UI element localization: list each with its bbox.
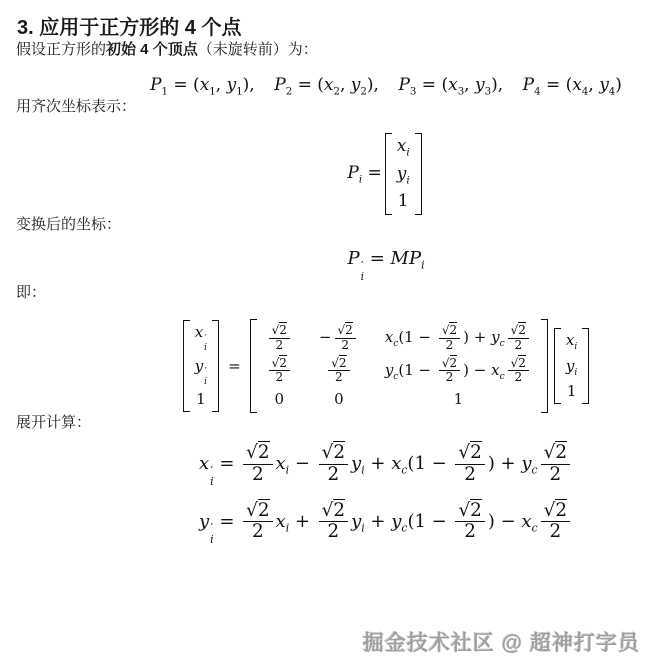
matrix-cell: √22 <box>266 357 293 385</box>
expanded-x-formula: x′i = √22xi − √22yi + xc(1 − √22) + yc√2… <box>0 443 645 487</box>
rotation-matrix: √22 −√22 xc(1 − √22) + yc√22 √22 √22 yc(… <box>250 319 548 413</box>
right-bracket <box>541 319 548 413</box>
matrix-cell: yc(1 − √22) − xc√22 <box>385 357 532 385</box>
vector-entry: xi <box>566 331 577 353</box>
left-bracket <box>183 320 190 412</box>
expanded-x-expression: x′i = √22xi − √22yi + xc(1 − √22) + yc√2… <box>199 453 573 474</box>
watermark: 掘金技术社区 @ 超神打字员 <box>363 627 640 657</box>
right-bracket <box>212 320 219 412</box>
transform-expression: P′i = MPi <box>347 248 424 269</box>
right-bracket <box>415 133 422 215</box>
intro-text-post: （未旋转前）为： <box>198 41 318 58</box>
intro-text-bold: 初始 4 个顶点 <box>106 41 198 58</box>
intro-text-pre: 假设正方形的 <box>16 41 106 58</box>
vector-entry: 1 <box>196 390 206 409</box>
namely-label: 即： <box>16 283 645 303</box>
pi-lhs-expression: Pi = <box>347 163 381 185</box>
pi-vector-formula: Pi = xi yi 1 <box>0 133 645 215</box>
matrix-cell: 0 <box>275 390 285 408</box>
article-content: 3. 应用于正方形的 4 个点 假设正方形的初始 4 个顶点（未旋转前）为： P… <box>0 17 645 545</box>
matrix-equation: x′i y′i 1 = √22 −√22 xc(1 − √22) + yc√22… <box>0 319 645 413</box>
document-page: 3. 应用于正方形的 4 个点 假设正方形的初始 4 个顶点（未旋转前）为： P… <box>0 0 645 665</box>
input-column-vector: xi yi 1 <box>554 328 589 403</box>
transform-formula: P′i = MPi <box>0 248 645 282</box>
equals-sign: = <box>228 357 241 375</box>
intro-paragraph: 假设正方形的初始 4 个顶点（未旋转前）为： <box>16 40 645 60</box>
vector-entry: xi <box>397 136 410 160</box>
right-bracket <box>582 328 589 403</box>
vertices-formula: P1 = (x1, y1),P2 = (x2, y2),P3 = (x3, y3… <box>0 75 645 97</box>
vector-entry: x′i <box>195 323 207 354</box>
left-bracket <box>385 133 392 215</box>
left-bracket <box>554 328 561 403</box>
expanded-y-expression: y′i = √22xi + √22yi + yc(1 − √22) − xc√2… <box>199 511 573 532</box>
matrix-cell: xc(1 − √22) + yc√22 <box>385 324 532 352</box>
homogeneous-label: 用齐次坐标表示： <box>16 97 645 117</box>
transformed-label: 变换后的坐标： <box>16 215 645 235</box>
output-column-vector: x′i y′i 1 <box>183 320 219 412</box>
matrix-cell: √22 <box>325 357 352 385</box>
expanded-y-formula: y′i = √22xi + √22yi + yc(1 − √22) − xc√2… <box>0 501 645 545</box>
left-bracket <box>250 319 257 413</box>
matrix-cell: √22 <box>266 324 293 352</box>
pi-column-vector: xi yi 1 <box>385 133 422 215</box>
expand-label: 展开计算： <box>16 413 645 433</box>
vector-entry: yi <box>397 164 410 188</box>
vertices-expression: P1 = (x1, y1),P2 = (x2, y2),P3 = (x3, y3… <box>150 75 622 95</box>
section-title: 3. 应用于正方形的 4 个点 <box>17 17 645 40</box>
vector-entry: y′i <box>195 357 207 388</box>
vector-entry: yi <box>566 357 577 379</box>
matrix-cell: 1 <box>454 390 464 408</box>
vector-entry: 1 <box>398 191 409 212</box>
vector-entry: 1 <box>567 382 577 401</box>
matrix-cell: 0 <box>334 390 344 408</box>
matrix-cell: −√22 <box>319 324 359 352</box>
